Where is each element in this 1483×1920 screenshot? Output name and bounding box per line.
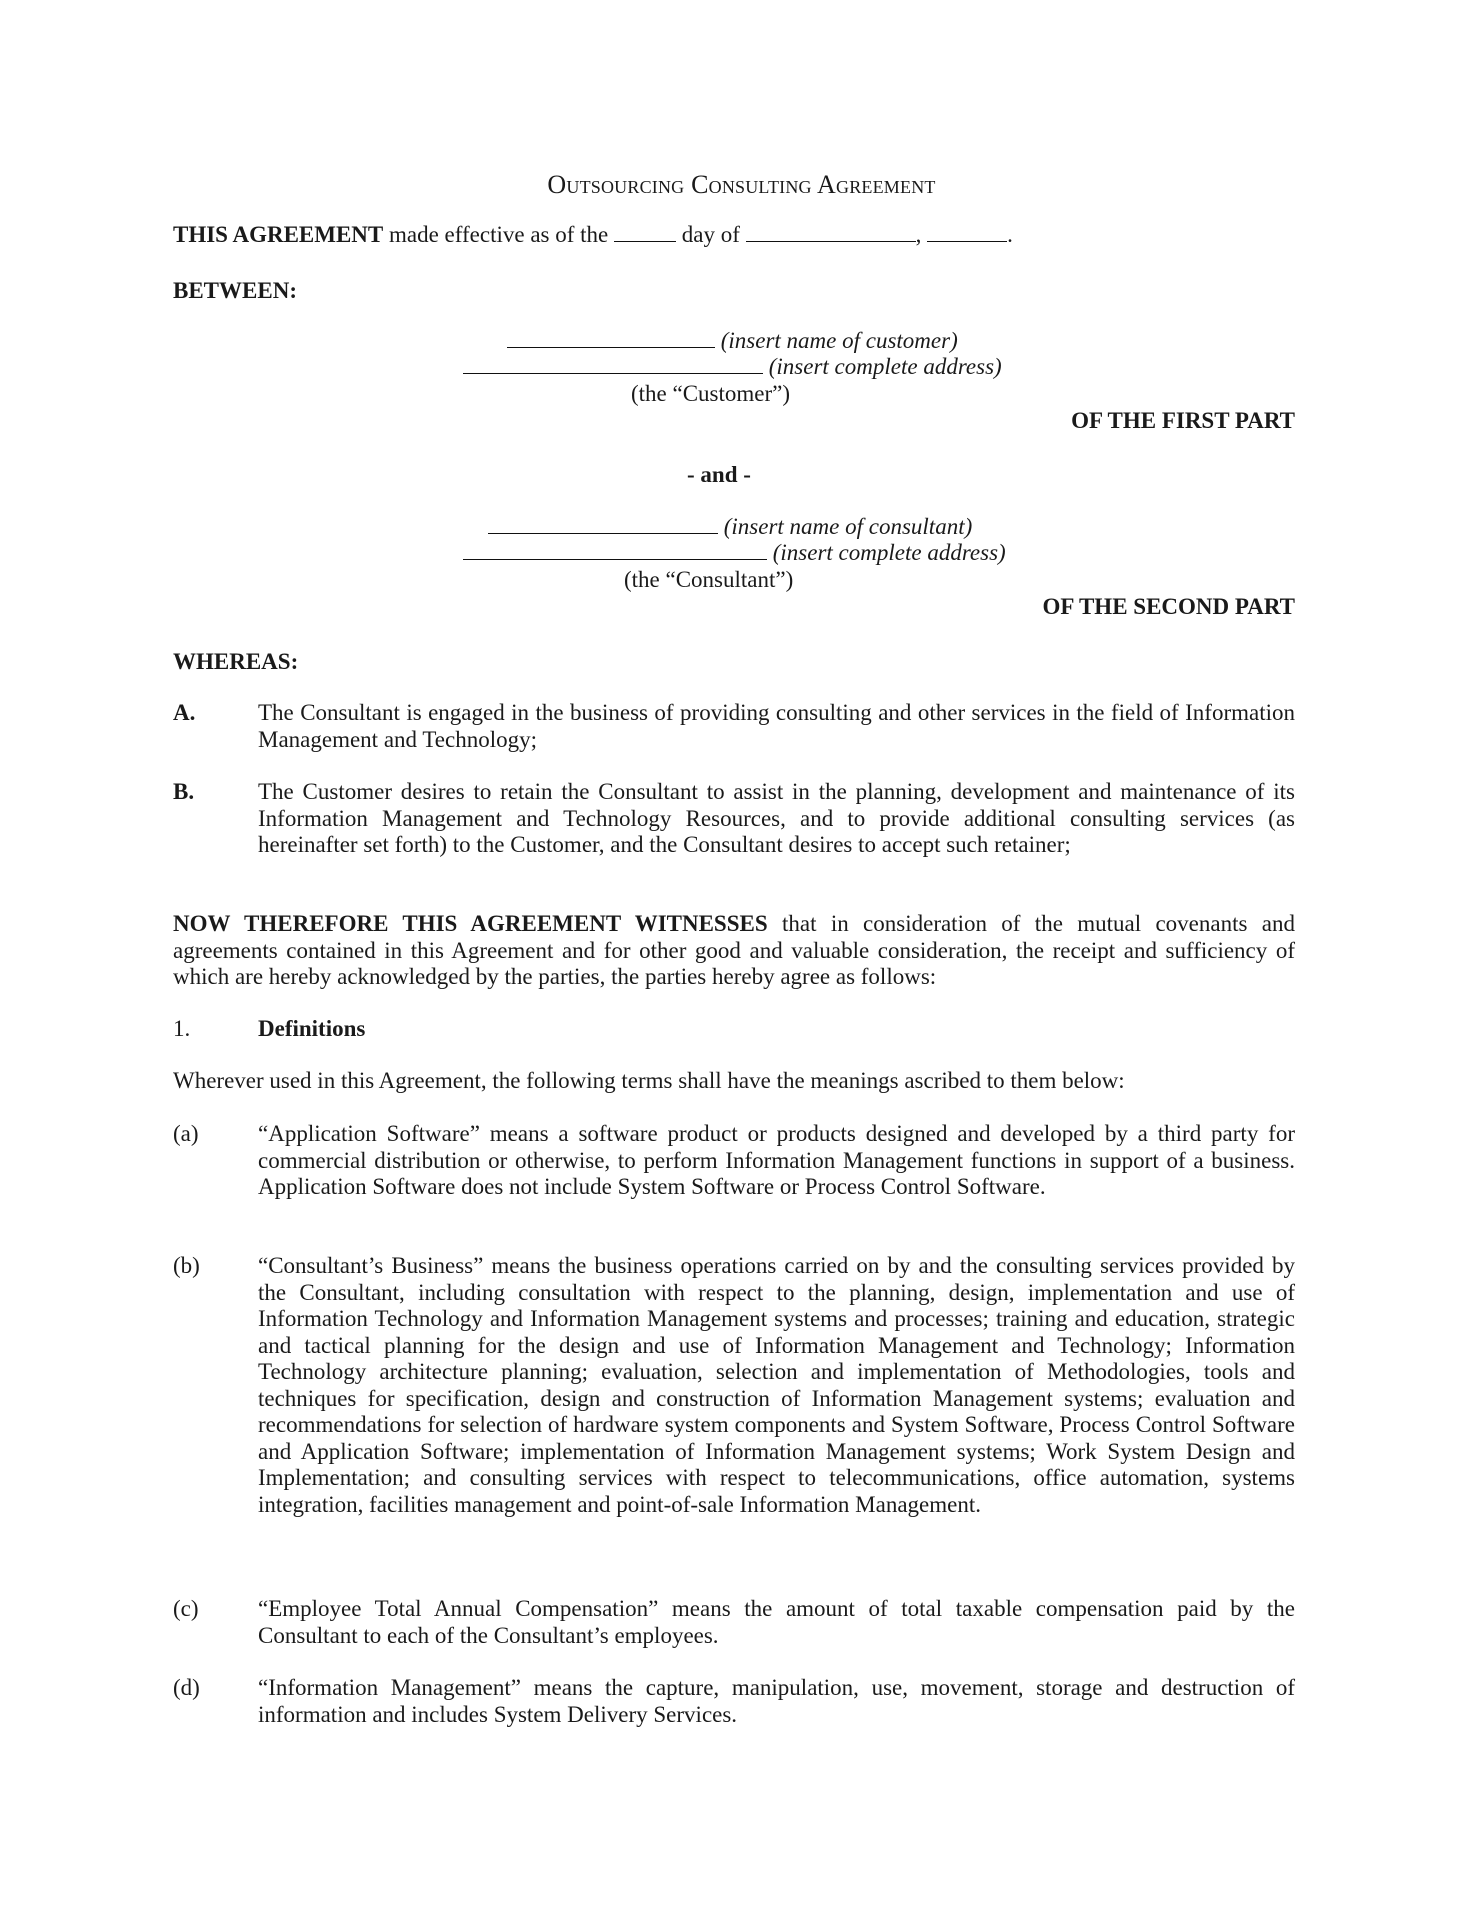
customer-address-hint: (insert complete address) — [769, 354, 1002, 379]
consultant-name-line: (insert name of consultant) — [488, 514, 972, 541]
opening-day-suffix: day of — [676, 222, 746, 247]
definition-label: (c) — [173, 1596, 199, 1623]
document-page: Outsourcing Consulting Agreement THIS AG… — [0, 0, 1483, 1920]
definition-text: “Information Management” means the captu… — [258, 1675, 1295, 1728]
consultant-name-hint: (insert name of consultant) — [724, 514, 973, 539]
consultant-address-line: (insert complete address) — [463, 540, 1006, 567]
consultant-address-blank[interactable] — [463, 541, 767, 560]
witnesses-bold-lead: NOW THEREFORE THIS AGREEMENT WITNESSES — [173, 911, 768, 936]
definition-text: “Consultant’s Business” means the busine… — [258, 1253, 1295, 1518]
definition-label: (a) — [173, 1121, 199, 1148]
consultant-address-hint: (insert complete address) — [773, 540, 1006, 565]
definition-text: “Application Software” means a software … — [258, 1121, 1295, 1201]
section-heading: Definitions — [258, 1016, 1295, 1043]
customer-address-blank[interactable] — [463, 355, 763, 374]
recital-text: The Consultant is engaged in the busines… — [258, 700, 1295, 753]
opening-period: . — [1007, 222, 1013, 247]
customer-address-line: (insert complete address) — [463, 354, 1002, 381]
consultant-role: (the “Consultant”) — [624, 567, 793, 594]
day-blank[interactable] — [614, 223, 676, 242]
opening-line: THIS AGREEMENT made effective as of the … — [173, 222, 1013, 249]
customer-role: (the “Customer”) — [631, 381, 790, 408]
recital-label: A. — [173, 700, 195, 727]
and-separator: - and - — [687, 462, 751, 489]
recital-label: B. — [173, 779, 194, 806]
opening-comma: , — [916, 222, 922, 247]
customer-name-blank[interactable] — [507, 329, 715, 348]
recital-text: The Customer desires to retain the Consu… — [258, 779, 1295, 859]
between-label: BETWEEN: — [173, 278, 297, 305]
first-part-label: OF THE FIRST PART — [1071, 408, 1295, 435]
consultant-name-blank[interactable] — [488, 515, 718, 534]
opening-bold-lead: THIS AGREEMENT — [173, 222, 383, 247]
witnesses-paragraph: NOW THEREFORE THIS AGREEMENT WITNESSES t… — [173, 911, 1295, 991]
definition-label: (d) — [173, 1675, 200, 1702]
opening-text: made effective as of the — [383, 222, 614, 247]
definition-label: (b) — [173, 1253, 200, 1280]
second-part-label: OF THE SECOND PART — [1043, 594, 1295, 621]
definition-text: “Employee Total Annual Compensation” mea… — [258, 1596, 1295, 1649]
customer-name-line: (insert name of customer) — [507, 328, 958, 355]
section-intro: Wherever used in this Agreement, the fol… — [173, 1068, 1295, 1095]
document-title: Outsourcing Consulting Agreement — [0, 170, 1483, 200]
whereas-label: WHEREAS: — [173, 649, 298, 676]
customer-name-hint: (insert name of customer) — [721, 328, 958, 353]
section-number: 1. — [173, 1016, 190, 1043]
month-blank[interactable] — [746, 223, 916, 242]
year-blank[interactable] — [927, 223, 1007, 242]
